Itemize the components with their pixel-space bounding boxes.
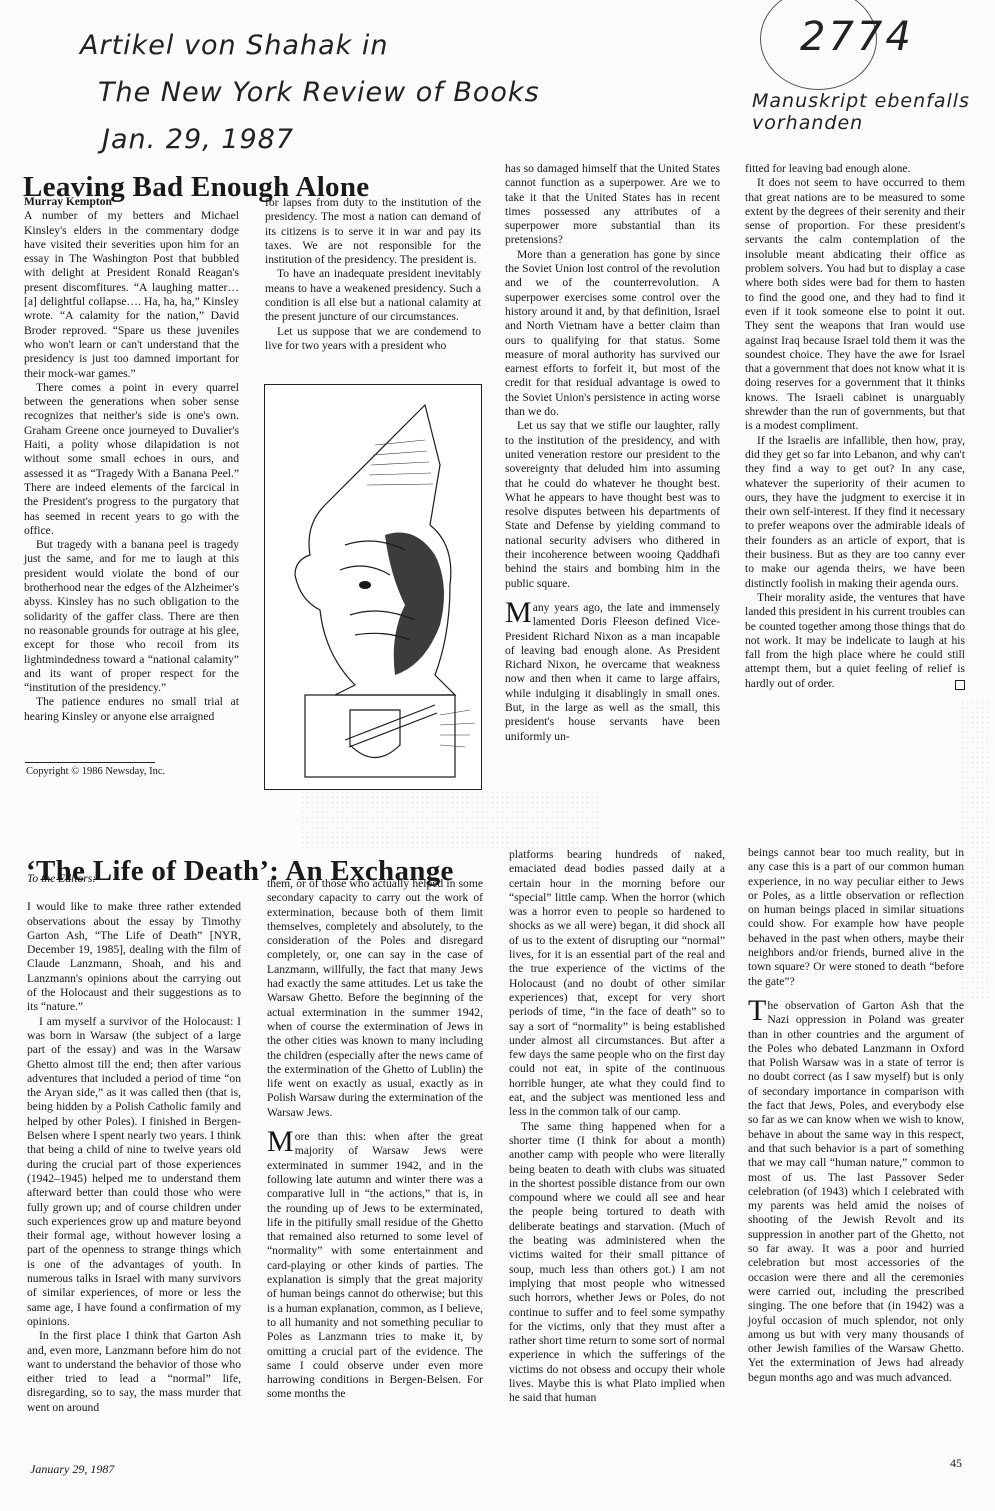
article-column: them, or of those who actually helped in… (267, 877, 483, 1402)
paragraph-text: any years ago, the late and immensely la… (505, 601, 720, 743)
note-line: vorhanden (752, 112, 970, 134)
section-paragraph: Many years ago, the late and immensely l… (505, 601, 720, 744)
article-column: Murray Kempton A number of my betters an… (24, 195, 239, 724)
paragraph-text: ore than this: when after the great majo… (267, 1130, 483, 1400)
copyright-notice: Copyright © 1986 Newsday, Inc. (26, 766, 165, 777)
paragraph: Let us suppose that we are condemend to … (265, 325, 481, 354)
paragraph: But tragedy with a banana peel is traged… (24, 538, 239, 695)
paragraph: has so damaged himself that the United S… (505, 162, 720, 248)
scan-noise (300, 790, 600, 850)
paragraph: Let us say that we stifle our laughter, … (505, 419, 720, 591)
drop-cap: T (748, 1000, 766, 1022)
divider (25, 762, 155, 763)
article-column: To the Editors: I would like to make thr… (27, 872, 241, 1415)
article-column: platforms bearing hundreds of naked, ema… (509, 848, 725, 1406)
page-number: 45 (950, 1456, 962, 1471)
note-line: Artikel von Shahak in (80, 22, 540, 69)
handwritten-note-source: Artikel von Shahak in The New York Revie… (80, 22, 540, 163)
paragraph: The patience endures no small trial at h… (24, 695, 239, 724)
handwritten-note-manuscript: Manuskript ebenfalls vorhanden (752, 90, 970, 134)
paragraph: I am myself a survivor of the Holocaust:… (27, 1015, 241, 1330)
section-paragraph: The observation of Garton Ash that the N… (748, 999, 964, 1385)
paragraph: beings cannot bear too much reality, but… (748, 846, 964, 989)
paragraph: In the first place I think that Garton A… (27, 1329, 241, 1415)
paragraph: them, or of those who actually helped in… (267, 877, 483, 1120)
article-column: has so damaged himself that the United S… (505, 162, 720, 744)
drop-cap: M (267, 1131, 294, 1153)
article-column: fitted for leaving bad enough alone. It … (745, 162, 965, 691)
paragraph: To have an inadequate president inevitab… (265, 267, 481, 324)
note-line: The New York Review of Books (80, 69, 540, 116)
caricature-illustration (264, 384, 482, 790)
article-column: for lapses from duty to the institution … (265, 196, 481, 353)
paragraph: More than a generation has gone by since… (505, 248, 720, 420)
paragraph: fitted for leaving bad enough alone. (745, 162, 965, 176)
paragraph: I would like to make three rather extend… (27, 900, 241, 1014)
article-column: beings cannot bear too much reality, but… (748, 846, 964, 1385)
paragraph: Their morality aside, the ventures that … (745, 591, 965, 691)
archive-number: 2774 (800, 14, 914, 60)
note-line: Jan. 29, 1987 (80, 116, 540, 163)
scan-noise (960, 700, 990, 1000)
paragraph: There comes a point in every quarrel bet… (24, 381, 239, 538)
caricature-icon (265, 385, 481, 789)
section-paragraph: More than this: when after the great maj… (267, 1130, 483, 1402)
paragraph-text: Their morality aside, the ventures that … (745, 591, 965, 690)
paragraph: If the Israelis are infallible, then how… (745, 434, 965, 591)
paragraph: A number of my betters and Michael Kinsl… (24, 209, 239, 381)
paragraph: for lapses from duty to the institution … (265, 196, 481, 267)
paragraph: The same thing happened when for a short… (509, 1120, 725, 1406)
issue-date: January 29, 1987 (30, 1462, 114, 1477)
byline: Murray Kempton (24, 195, 239, 209)
salutation: To the Editors: (27, 872, 241, 886)
paragraph-text: he observation of Garton Ash that the Na… (748, 999, 964, 1384)
paragraph: platforms bearing hundreds of naked, ema… (509, 848, 725, 1120)
note-line: Manuskript ebenfalls (752, 90, 970, 112)
paragraph: It does not seem to have occurred to the… (745, 176, 965, 433)
drop-cap: M (505, 602, 532, 624)
end-of-article-icon (955, 680, 965, 690)
